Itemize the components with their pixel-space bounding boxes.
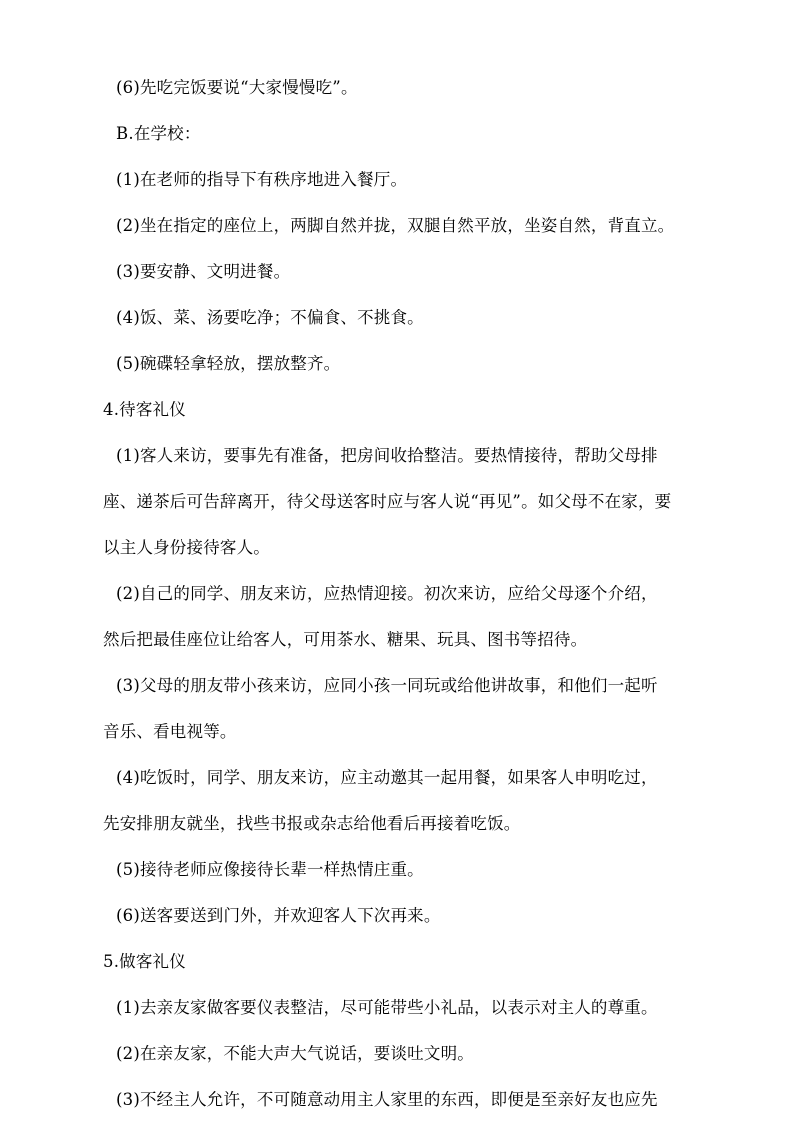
text-line: 然后把最佳座位让给客人，可用茶水、糖果、玩具、图书等招待。	[103, 630, 587, 650]
text-line: 座、递茶后可告辞离开，待父母送客时应与客人说“再见”。如父母不在家，要	[103, 492, 671, 512]
text-line: (1)去亲友家做客要仪表整洁，尽可能带些小礼品，以表示对主人的尊重。	[116, 998, 658, 1018]
text-line: (4)吃饭时，同学、朋友来访，应主动邀其一起用餐，如果客人申明吃过，	[116, 768, 658, 788]
text-line: 以主人身份接待客人。	[103, 538, 270, 558]
text-line: (4)饭、菜、汤要吃净；不偏食、不挑食。	[116, 308, 424, 328]
text-line: 5.做客礼仪	[103, 952, 186, 972]
text-line: (1)客人来访，要事先有准备，把房间收拾整洁。要热情接待，帮助父母排	[116, 446, 658, 466]
text-line: (2)在亲友家，不能大声大气说话，要谈吐文明。	[116, 1044, 474, 1064]
text-line: (6)先吃完饭要说“大家慢慢吃”。	[116, 78, 358, 98]
text-line: 音乐、看电视等。	[103, 722, 237, 742]
text-line: 4.待客礼仪	[103, 400, 186, 420]
text-line: (3)不经主人允许，不可随意动用主人家里的东西，即便是至亲好友也应先	[116, 1090, 658, 1110]
text-line: (1)在老师的指导下有秩序地进入餐厅。	[116, 170, 407, 190]
text-line: B.在学校：	[116, 124, 201, 144]
document-page: (6)先吃完饭要说“大家慢慢吃”。B.在学校：(1)在老师的指导下有秩序地进入餐…	[0, 0, 793, 1122]
text-line: (5)接待老师应像接待长辈一样热情庄重。	[116, 860, 424, 880]
text-line: (3)要安静、文明进餐。	[116, 262, 290, 282]
text-line: (3)父母的朋友带小孩来访，应同小孩一同玩或给他讲故事，和他们一起听	[116, 676, 658, 696]
text-line: (6)送客要送到门外，并欢迎客人下次再来。	[116, 906, 441, 926]
text-line: (2)坐在指定的座位上，两脚自然并拢，双腿自然平放，坐姿自然，背直立。	[116, 216, 674, 236]
text-line: (2)自己的同学、朋友来访，应热情迎接。初次来访，应给父母逐个介绍，	[116, 584, 658, 604]
text-line: (5)碗碟轻拿轻放，摆放整齐。	[116, 354, 340, 374]
text-line: 先安排朋友就坐，找些书报或杂志给他看后再接着吃饭。	[103, 814, 521, 834]
